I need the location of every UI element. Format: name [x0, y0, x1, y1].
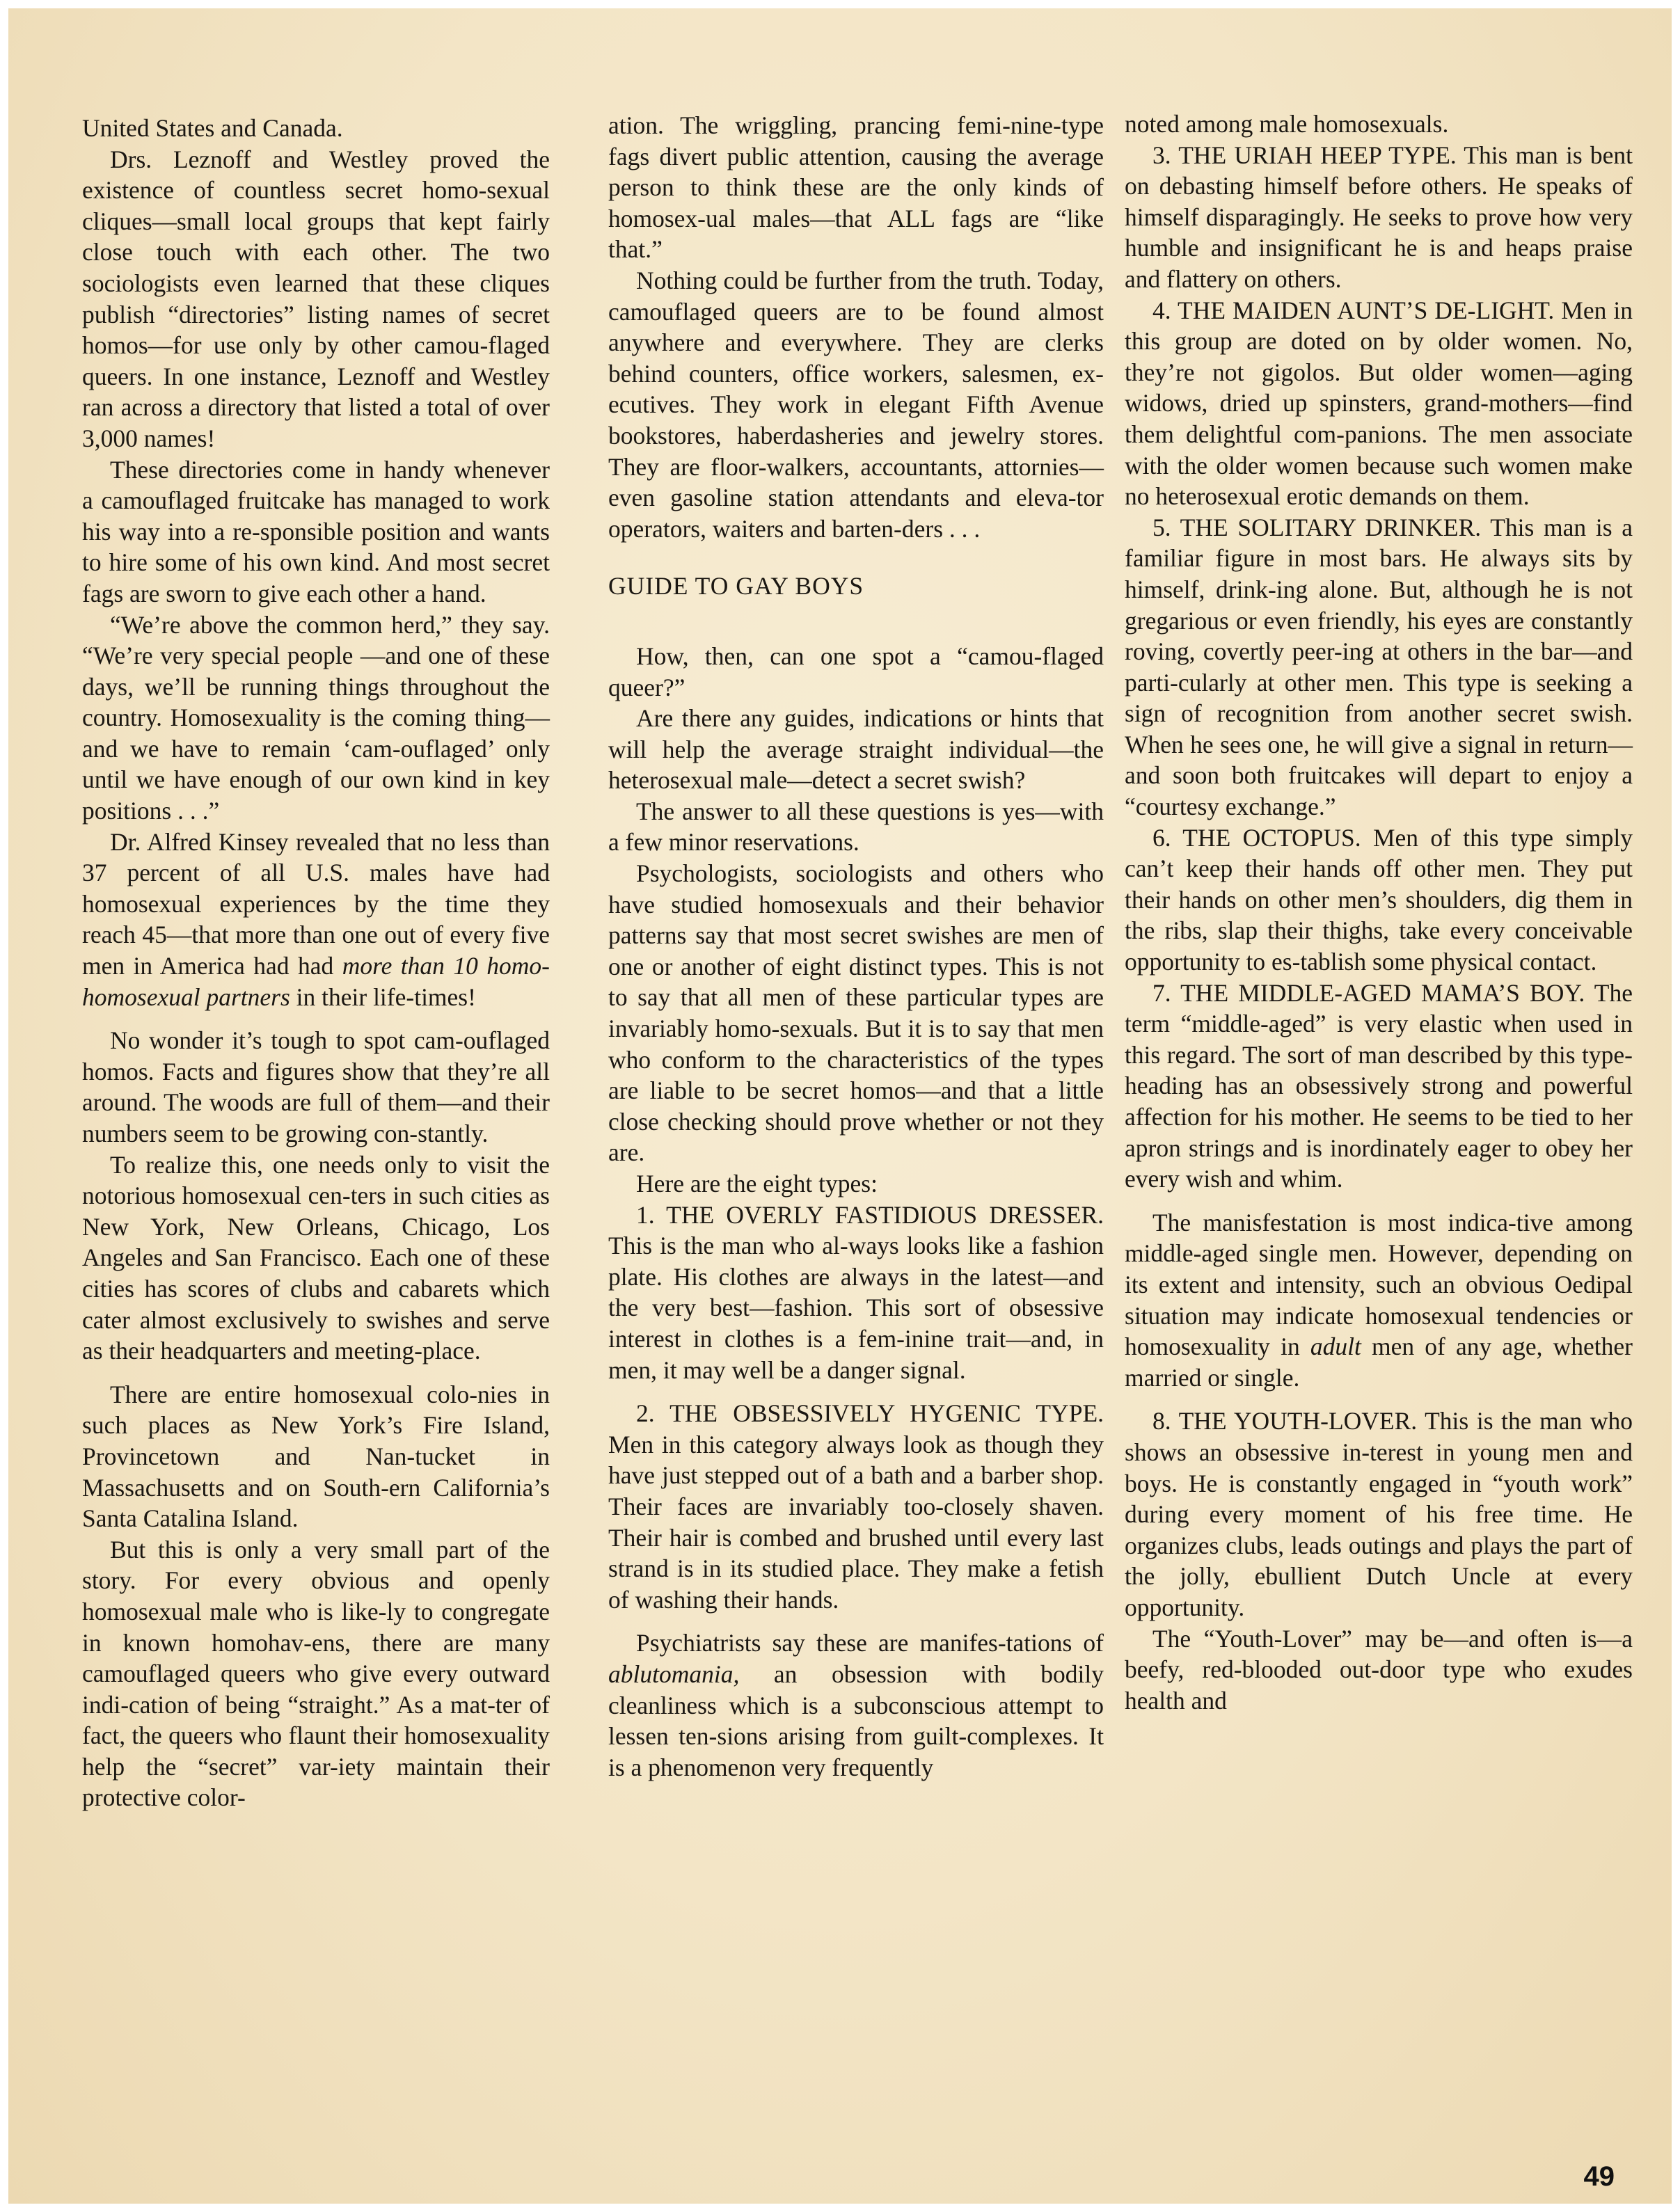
page-number: 49 — [1584, 2161, 1615, 2193]
text-column-3: noted among male homosexuals. 3. THE URI… — [1125, 109, 1633, 1716]
type-7-paragraph: 7. THE MIDDLE-AGED MAMA’S BOY. The term … — [1125, 978, 1633, 1195]
paragraph-oedipal: The manisfestation is most indica-tive a… — [1125, 1207, 1633, 1394]
paragraph-kinsey: Dr. Alfred Kinsey revealed that no less … — [82, 827, 550, 1013]
paragraph: These directories come in handy whenever… — [82, 454, 550, 610]
paragraph: “We’re above the common herd,” they say.… — [82, 610, 550, 827]
paragraph: The answer to all these questions is yes… — [608, 796, 1104, 858]
type-8-paragraph: 8. THE YOUTH-LOVER. This is the man who … — [1125, 1406, 1633, 1623]
section-heading: GUIDE TO GAY BOYS — [608, 571, 1104, 602]
type-3-paragraph: 3. THE URIAH HEEP TYPE. This man is bent… — [1125, 140, 1633, 295]
type-5-paragraph: 5. THE SOLITARY DRINKER. This man is a f… — [1125, 512, 1633, 822]
paragraph: Drs. Leznoff and Westley proved the exis… — [82, 144, 550, 454]
text-run: in their life-times! — [290, 983, 476, 1011]
paragraph: Nothing could be further from the truth.… — [608, 265, 1104, 544]
text-column-2: ation. The wriggling, prancing femi-nine… — [608, 110, 1104, 1783]
type-6-paragraph: 6. THE OCTOPUS. Men of this type simply … — [1125, 822, 1633, 978]
paragraph: No wonder it’s tough to spot cam-ouflage… — [82, 1025, 550, 1149]
paragraph: The “Youth-Lover” may be—and often is—a … — [1125, 1623, 1633, 1717]
magazine-page: United States and Canada. Drs. Leznoff a… — [8, 8, 1672, 2204]
paragraph: noted among male homosexuals. — [1125, 109, 1633, 140]
emphasis-text: adult — [1310, 1332, 1361, 1360]
paragraph: How, then, can one spot a “camou-flaged … — [608, 641, 1104, 703]
paragraph: Here are the eight types: — [608, 1168, 1104, 1200]
paragraph: Psychologists, sociologists and others w… — [608, 858, 1104, 1168]
paragraph-ablutomania: Psychiatrists say these are manifes-tati… — [608, 1628, 1104, 1783]
paragraph: But this is only a very small part of th… — [82, 1534, 550, 1813]
text-run: Psychiatrists say these are manifes-tati… — [636, 1629, 1104, 1657]
type-1-paragraph: 1. THE OVERLY FASTIDIOUS DRESSER. This i… — [608, 1200, 1104, 1386]
type-2-paragraph: 2. THE OBSESSIVELY HYGENIC TYPE. Men in … — [608, 1398, 1104, 1615]
paragraph: ation. The wriggling, prancing femi-nine… — [608, 110, 1104, 265]
text-column-1: United States and Canada. Drs. Leznoff a… — [82, 113, 550, 1813]
paragraph: United States and Canada. — [82, 113, 550, 144]
type-4-paragraph: 4. THE MAIDEN AUNT’S DE-LIGHT. Men in th… — [1125, 295, 1633, 512]
paragraph: To realize this, one needs only to visit… — [82, 1149, 550, 1367]
emphasis-text: ablutomania, — [608, 1660, 739, 1688]
paragraph: Are there any guides, indications or hin… — [608, 703, 1104, 796]
paragraph: There are entire homosexual colo-nies in… — [82, 1379, 550, 1534]
